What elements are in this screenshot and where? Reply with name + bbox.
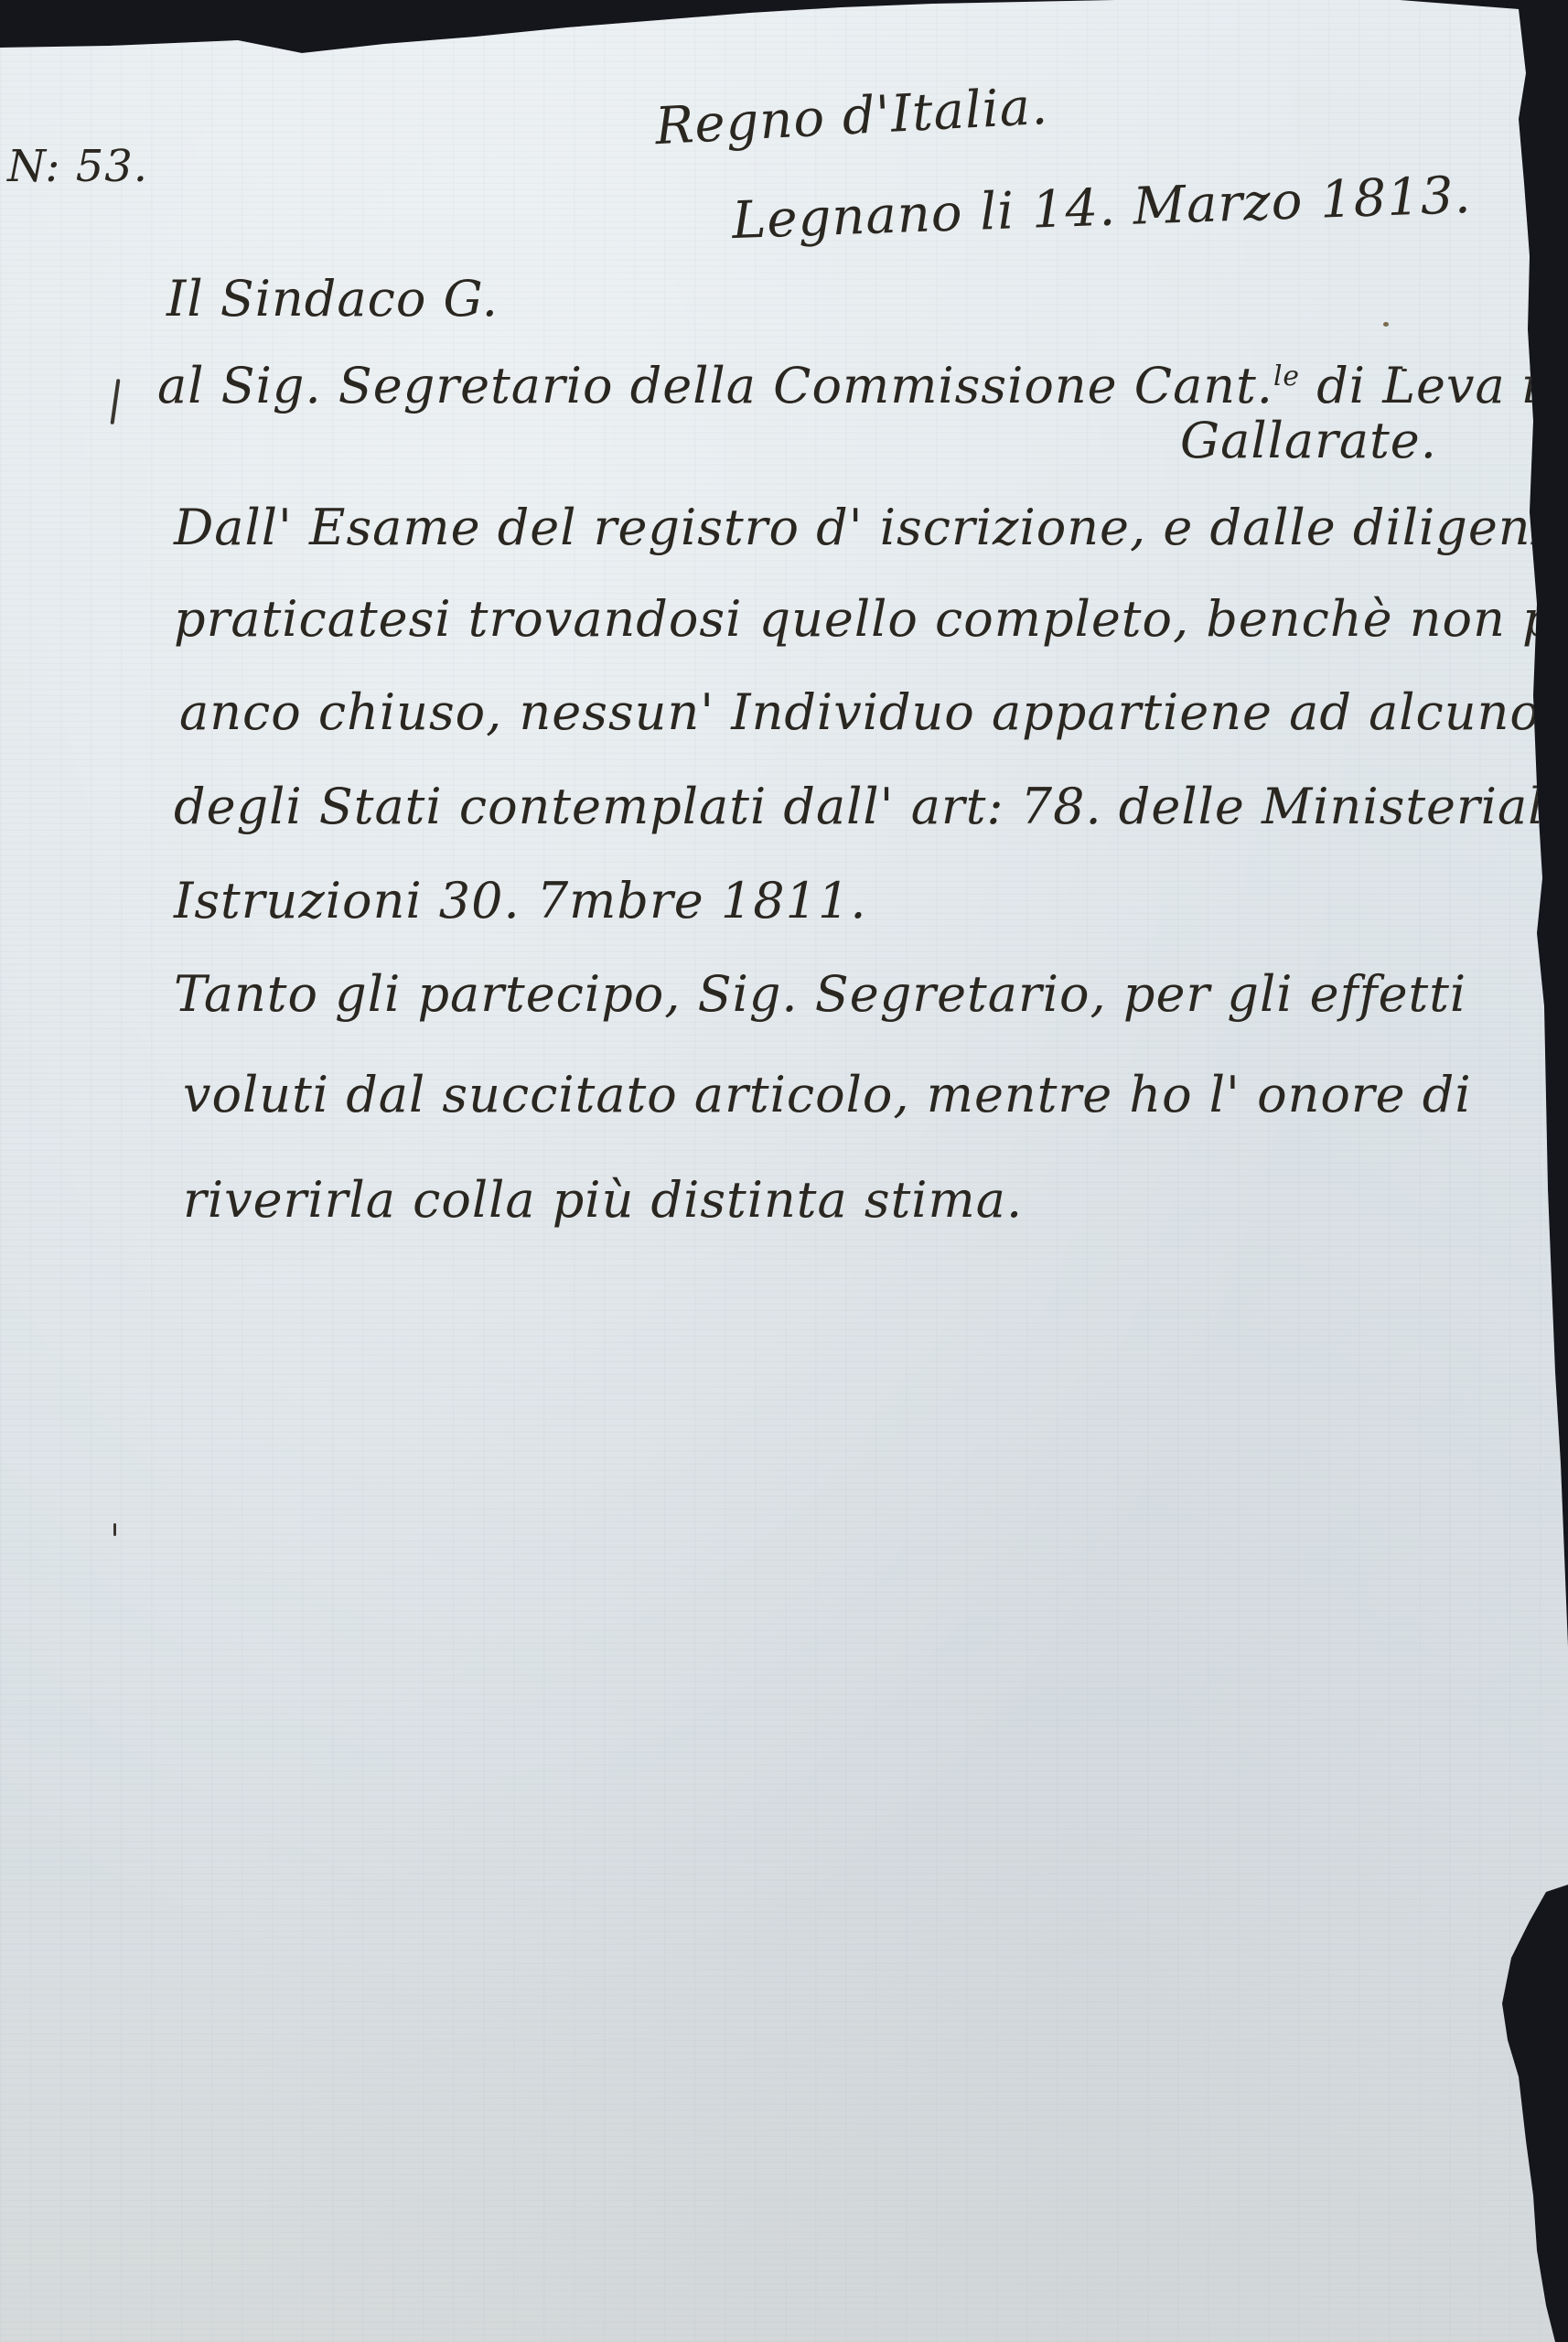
body-line-4: degli Stati contemplati dall' art: 78. d…: [174, 782, 1562, 832]
recipient-suffix: di Leva in: [1316, 357, 1568, 414]
paper-sheet: N: 53. Regno d'Italia. Legnano li 14. Ma…: [0, 0, 1568, 2342]
place-date-line: Legnano li 14. Marzo 1813.: [731, 170, 1472, 247]
stray-ink-dot: [113, 1523, 116, 1536]
stray-pen-mark: [111, 379, 121, 424]
body-line-3: anco chiuso, nessun' Individuo appartien…: [179, 688, 1541, 737]
body-line-8: riverirla colla più distinta stima.: [183, 1176, 1023, 1225]
paper-spot: [1383, 322, 1389, 327]
document-scan: N: 53. Regno d'Italia. Legnano li 14. Ma…: [0, 0, 1568, 2342]
sender-line: Il Sindaco G.: [166, 274, 499, 324]
stray-ink-dot: [1402, 369, 1407, 371]
body-line-5: Istruzioni 30. 7mbre 1811.: [174, 876, 866, 926]
recipient-superscript: le: [1273, 360, 1300, 392]
body-line-1: Dall' Esame del registro d' iscrizione, …: [174, 503, 1568, 553]
letterhead-heading: Regno d'Italia.: [654, 81, 1049, 153]
protocol-number: N: 53.: [7, 145, 148, 188]
recipient-line: al Sig. Segretario della Commissione Can…: [157, 361, 1568, 411]
recipient-prefix: al Sig. Segretario della Commissione Can…: [157, 357, 1273, 414]
body-line-2: praticatesi trovandosi quello completo, …: [174, 595, 1568, 644]
body-line-6: Tanto gli partecipo, Sig. Segretario, pe…: [174, 970, 1466, 1019]
recipient-city: Gallarate.: [1180, 416, 1437, 466]
body-line-7: voluti dal succitato articolo, mentre ho…: [183, 1070, 1472, 1120]
